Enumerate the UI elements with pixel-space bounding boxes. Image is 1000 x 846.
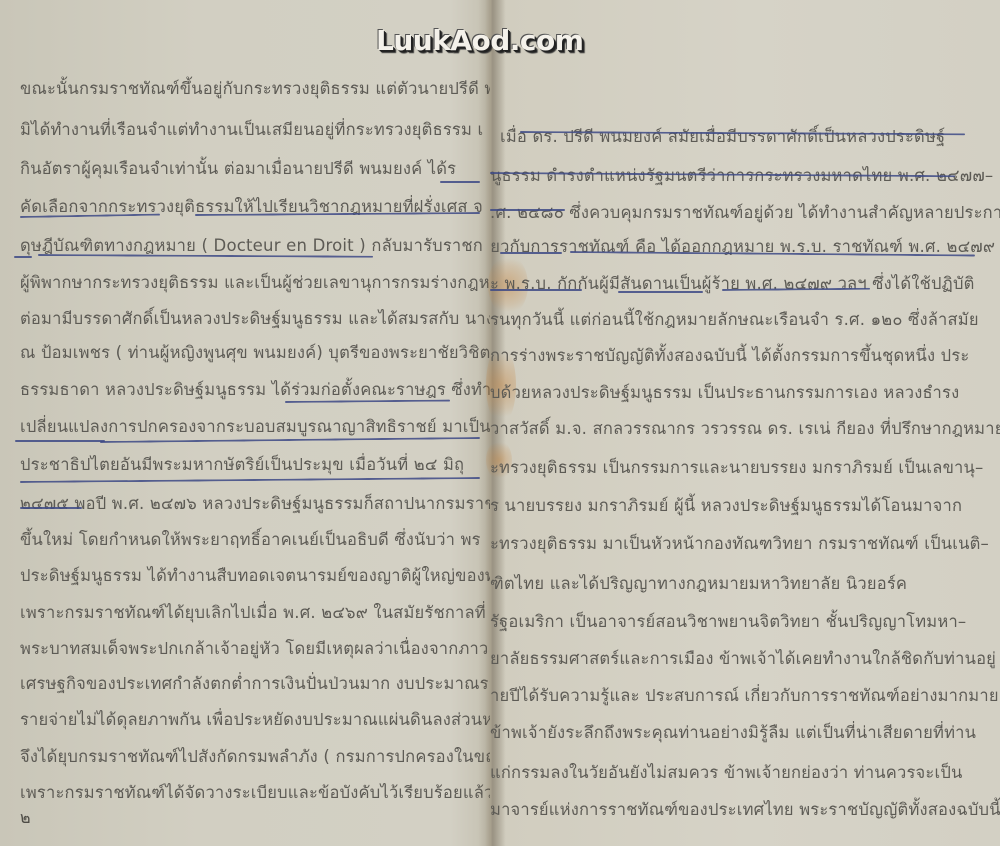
pen-underline (15, 440, 105, 442)
left-line-20: เพราะกรมราชทัณฑ์ได้จัดวางระเบียบและข้อบั… (20, 780, 490, 806)
right-line-14: รัฐอเมริกา เป็นอาจารย์สอนวิชาพยานจิตวิทย… (490, 609, 966, 635)
right-page: เมื่อ ดร. ปรีดี พนมยงค์ สมัยเมื่อมีบรรดา… (490, 0, 1000, 846)
right-line-9: วาสวัสดิ์ ม.จ. สกลวรรณากร วรวรรณ ดร. เรเ… (490, 416, 1000, 442)
right-line-18: แก่กรรมลงในวัยอันยังไม่สมควร ข้าพเจ้ายกย… (490, 760, 962, 786)
left-line-3: กินอัตราผู้คุมเรือนจำเท่านั้น ต่อมาเมื่อ… (20, 156, 456, 182)
right-line-10: ะทรวงยุติธรรม เป็นกรรมการและนายบรรยง มกร… (490, 455, 983, 481)
pen-underline (618, 291, 703, 293)
book-spread: ขณะนั้นกรมราชทัณฑ์ขึ้นอยู่กับกระทรวงยุติ… (0, 0, 1000, 846)
site-watermark: LuukAod.com (376, 24, 583, 57)
right-line-1: เมื่อ ดร. ปรีดี พนมยงค์ สมัยเมื่อมีบรรดา… (500, 124, 945, 150)
right-line-6: รนทุกวันนี้ แต่ก่อนนี้ใช้กฎหมายลักษณะเรื… (490, 307, 979, 333)
right-line-7: การร่างพระราชบัญญัติทั้งสองฉบับนี้ ได้ตั… (490, 343, 969, 369)
right-line-3: .ศ. ๒๔๘๐ ซึ่งควบคุมกรมราชทัณฑ์อยู่ด้วย ไ… (490, 200, 1000, 226)
left-line-17: เศรษฐกิจของประเทศกำลังตกต่ำการเงินปั่นป่… (20, 671, 490, 697)
left-line-6: ผู้พิพากษากระทรวงยุติธรรม และเป็นผู้ช่วย… (20, 270, 490, 296)
left-line-19: จึงได้ยุบกรมราชทัณฑ์ไปสังกัดกรมพลำภัง ( … (20, 744, 490, 770)
left-line-14: ประดิษฐ์มนูธรรม ได้ทำงานสืบทอดเจตนารมย์ข… (20, 563, 490, 589)
left-line-12: ๒๔๗๕ พอปี พ.ศ. ๒๔๗๖ หลวงประดิษฐ์มนูธรรมก… (20, 491, 490, 517)
right-line-5: ะ พ.ร.บ. กักกันผู้มีสันดานเป็นผู้ร้าย พ.… (490, 271, 975, 297)
left-line-10: เปลี่ยนแปลงการปกครองจากระบอบสมบูรณาญาสิท… (20, 414, 490, 440)
right-line-19: มาจารย์แห่งการราชทัณฑ์ของประเทศไทย พระรา… (490, 797, 1000, 823)
pen-underline (490, 209, 565, 211)
left-line-18: รายจ่ายไม่ได้ดุลยภาพกัน เพื่อประหยัดงบปร… (20, 707, 490, 733)
right-line-16: ายปีได้รับความรู้และ ประสบการณ์ เกี่ยวกั… (490, 683, 999, 709)
left-line-16: พระบาทสมเด็จพระปกเกล้าเจ้าอยู่หัว โดยมีเ… (20, 636, 488, 662)
left-line-8: ณ ป้อมเพชร ( ท่านผู้หญิงพูนศุข พนมยงค์) … (20, 340, 490, 366)
right-line-11: ร นายบรรยง มกราภิรมย์ ผู้นี้ หลวงประดิษฐ… (490, 493, 962, 519)
left-line-2: มิได้ทำงานที่เรือนจำแต่ทำงานเป็นเสมียนอย… (20, 117, 483, 143)
right-line-13: ฑิตไทย และได้ปริญญาทางกฎหมายมหาวิทยาลัย … (490, 571, 907, 597)
left-line-7: ต่อมามีบรรดาศักดิ์เป็นหลวงประดิษฐ์มนูธรร… (20, 306, 490, 332)
right-line-12: ะทรวงยุติธรรม มาเป็นหัวหน้ากองทัณฑวิทยา … (490, 531, 989, 557)
left-line-11: ประชาธิปไตยอันมีพระมหากษัตริย์เป็นประมุข… (20, 452, 464, 478)
left-line-1: ขณะนั้นกรมราชทัณฑ์ขึ้นอยู่กับกระทรวงยุติ… (20, 76, 490, 102)
left-line-15: เพราะกรมราชทัณฑ์ได้ยุบเลิกไปเมื่อ พ.ศ. ๒… (20, 600, 486, 626)
left-line-13: ขึ้นใหม่ โดยกำหนดให้พระยาฤทธิ์อาคเนย์เป็… (20, 527, 481, 553)
page-number: ๒ (20, 806, 31, 831)
pen-underline (14, 256, 32, 258)
pen-underline (20, 507, 82, 509)
pen-underline (440, 181, 480, 183)
right-line-4: ี่ยวกับการราชทัณฑ์ คือ ได้ออกกฎหมาย พ.ร.… (490, 234, 995, 260)
pen-underline (500, 252, 562, 254)
right-line-17: ข้าพเจ้ายังระลึกถึงพระคุณท่านอย่างมิรู้ล… (490, 720, 976, 746)
left-page: ขณะนั้นกรมราชทัณฑ์ขึ้นอยู่กับกระทรวงยุติ… (0, 0, 490, 846)
right-line-8: บด้วยหลวงประดิษฐ์มนูธรรม เป็นประธานกรรมก… (490, 380, 959, 406)
right-line-15: ยาลัยธรรมศาสตร์และการเมือง ข้าพเจ้าได้เค… (490, 646, 996, 672)
pen-underline (490, 289, 582, 291)
